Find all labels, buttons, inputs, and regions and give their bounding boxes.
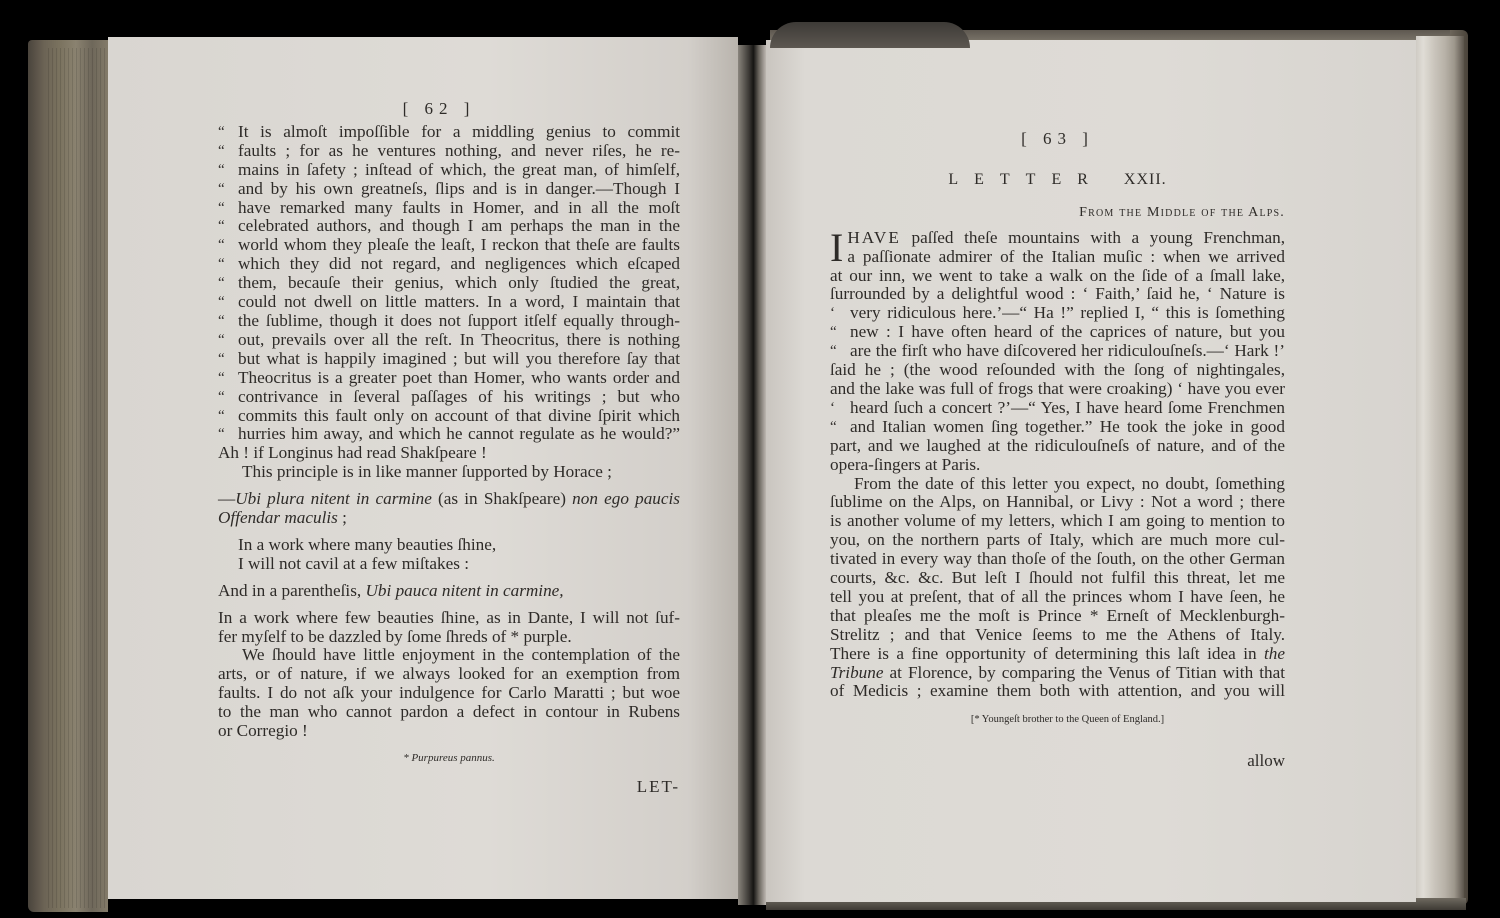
verse-line: I will not cavil at a few miſtakes : (218, 555, 680, 574)
quote-mark: “ (218, 199, 238, 218)
text-line: “world whom they pleaſe the leaſt, I rec… (218, 236, 680, 255)
text-line: of Medicis ; examine them both with atte… (830, 682, 1285, 701)
text-line: In a work where few beauties ſhine, as i… (218, 609, 680, 628)
left-page-edges (48, 48, 106, 908)
text-line: “the ſublime, though it does not ſupport… (218, 312, 680, 331)
text-line: “hurries him away, and which he cannot r… (218, 425, 680, 444)
text-line: faults. I do not aſk your indulgence for… (218, 684, 680, 703)
verse-line: In a work where many beauties ſhine, (218, 536, 680, 555)
catchword: allow (830, 752, 1285, 771)
quote-mark: “ (218, 293, 238, 312)
drop-cap: I (830, 231, 843, 265)
text-line: And in a parentheſis, Ubi pauca nitent i… (218, 582, 680, 601)
text-line: “celebrated authors, and though I am per… (218, 217, 680, 236)
quote-mark: “ (218, 236, 238, 255)
quote-mark: “ (218, 142, 238, 161)
quote-mark: “ (218, 161, 238, 180)
horace-quote-line: Offendar maculis ; (218, 509, 680, 528)
text-line: is another volume of my letters, which I… (830, 512, 1285, 531)
letter-body: I HAVE paſſed theſe mountains with a you… (830, 229, 1285, 702)
left-page-text: [ 62 ] “It is almoſt impoſſible for a mi… (218, 100, 680, 797)
quote-mark: “ (218, 331, 238, 350)
paragraph: We ſhould have little enjoyment in the c… (218, 646, 680, 741)
text-line: Tribune at Florence, by comparing the Ve… (830, 664, 1285, 683)
catchword: LET- (218, 778, 680, 797)
horace-quote-line: —Ubi plura nitent in carmine (as in Shak… (218, 490, 680, 509)
text-line: courts, &c. &c. But leſt I ſhould not fu… (830, 569, 1285, 588)
quote-mark: “ (218, 369, 238, 388)
quote-mark: ‘ (830, 304, 850, 323)
quote-mark: “ (218, 312, 238, 331)
text-line: “them, becauſe their genius, which only … (218, 274, 680, 293)
open-book: [ 62 ] “It is almoſt impoſſible for a mi… (0, 0, 1500, 918)
text-line: ſurrounded by a delightful wood : ‘ Fait… (830, 285, 1285, 304)
quoted-passage: “It is almoſt impoſſible for a middling … (218, 123, 680, 444)
quote-mark: ‘ (830, 399, 850, 418)
text-line: “commits this fault only on account of t… (218, 407, 680, 426)
text-line: fer myſelf to be dazzled by ſome ſhreds … (218, 628, 680, 647)
text-line: at our inn, we went to take a walk on th… (830, 267, 1285, 286)
text-line: This principle is in like manner ſupport… (218, 463, 680, 482)
text-line: arts, or of nature, if we always looked … (218, 665, 680, 684)
quote-mark: “ (218, 255, 238, 274)
quote-mark: “ (830, 323, 850, 342)
text-line: “but what is happily imagined ; but will… (218, 350, 680, 369)
text-line: “It is almoſt impoſſible for a middling … (218, 123, 680, 142)
text-line: ſublime on the Alps, on Hannibal, or Liv… (830, 493, 1285, 512)
text-line: tell you at preſent, that of all the pri… (830, 588, 1285, 607)
text-line: “are the firſt who have diſcovered her r… (830, 342, 1285, 361)
text-line: a paſſionate admirer of the Italian muſi… (847, 248, 1285, 267)
text-line: “faults ; for as he ventures nothing, an… (218, 142, 680, 161)
page-number: [ 62 ] (198, 100, 680, 119)
text-line: We ſhould have little enjoyment in the c… (218, 646, 680, 665)
text-line: “and by his own greatneſs, ſlips and is … (218, 180, 680, 199)
quote-mark: “ (218, 274, 238, 293)
text-line: and the lake was full of frogs that were… (830, 380, 1285, 399)
quote-mark: “ (218, 425, 238, 444)
text-line: to the man who cannot pardon a defect in… (218, 703, 680, 722)
text-line: “contrivance in ſeveral paſſages of his … (218, 388, 680, 407)
quote-mark: “ (218, 350, 238, 369)
text-line: tivated in every way than thoſe of the ſ… (830, 550, 1285, 569)
quote-mark: “ (218, 407, 238, 426)
letter-location: From the Middle of the Alps. (830, 204, 1285, 223)
text-line: HAVE paſſed theſe mountains with a young… (847, 229, 1285, 248)
text-line: ſaid he ; (the wood reſounded with the ſ… (830, 361, 1285, 380)
quote-mark: “ (218, 123, 238, 142)
spine-headband (770, 22, 970, 48)
text-line: There is a fine opportunity of determini… (830, 645, 1285, 664)
quote-mark: “ (218, 388, 238, 407)
text-line: “out, prevails over all the reſt. In The… (218, 331, 680, 350)
text-line: “new : I have often heard of the caprice… (830, 323, 1285, 342)
text-line: “have remarked many faults in Homer, and… (218, 199, 680, 218)
text-line: “Theocritus is a greater poet than Homer… (218, 369, 680, 388)
text-line: ‘very ridiculous here.’—“ Ha !” replied … (830, 304, 1285, 323)
text-line: opera-ſingers at Paris. (830, 456, 1285, 475)
text-line: you, on the northern parts of Italy, whi… (830, 531, 1285, 550)
text-line: “could not dwell on little matters. In a… (218, 293, 680, 312)
text-line: part, and we laughed at the ridiculouſne… (830, 437, 1285, 456)
text-line: “which they did not regard, and negligen… (218, 255, 680, 274)
quote-mark: “ (830, 418, 850, 437)
footnote: [* Youngeſt brother to the Queen of Engl… (830, 711, 1285, 730)
quote-mark: “ (830, 342, 850, 361)
gutter (738, 45, 766, 905)
text-line: “and Italian women ſing together.” He to… (830, 418, 1285, 437)
text-line: ‘heard ſuch a concert ?’—“ Yes, I have h… (830, 399, 1285, 418)
text-line: From the date of this letter you expect,… (830, 475, 1285, 494)
text-line: that pleaſes me the moſt is Prince * Ern… (830, 607, 1285, 626)
right-page-edges (1416, 36, 1464, 904)
text-line: Strelitz ; and that Venice ſeems to me t… (830, 626, 1285, 645)
text-line: Ah ! if Longinus had read Shakſpeare ! (218, 444, 680, 463)
letter-heading: LETTERXXII. (830, 171, 1285, 190)
page-number: [ 63 ] (830, 130, 1285, 149)
quote-mark: “ (218, 180, 238, 199)
text-line: “mains in ſafety ; inſtead of which, the… (218, 161, 680, 180)
right-page-text: [ 63 ] LETTERXXII. From the Middle of th… (830, 130, 1285, 771)
quote-mark: “ (218, 217, 238, 236)
footnote: * Purpureus pannus. (218, 749, 680, 768)
text-line: or Corregio ! (218, 722, 680, 741)
